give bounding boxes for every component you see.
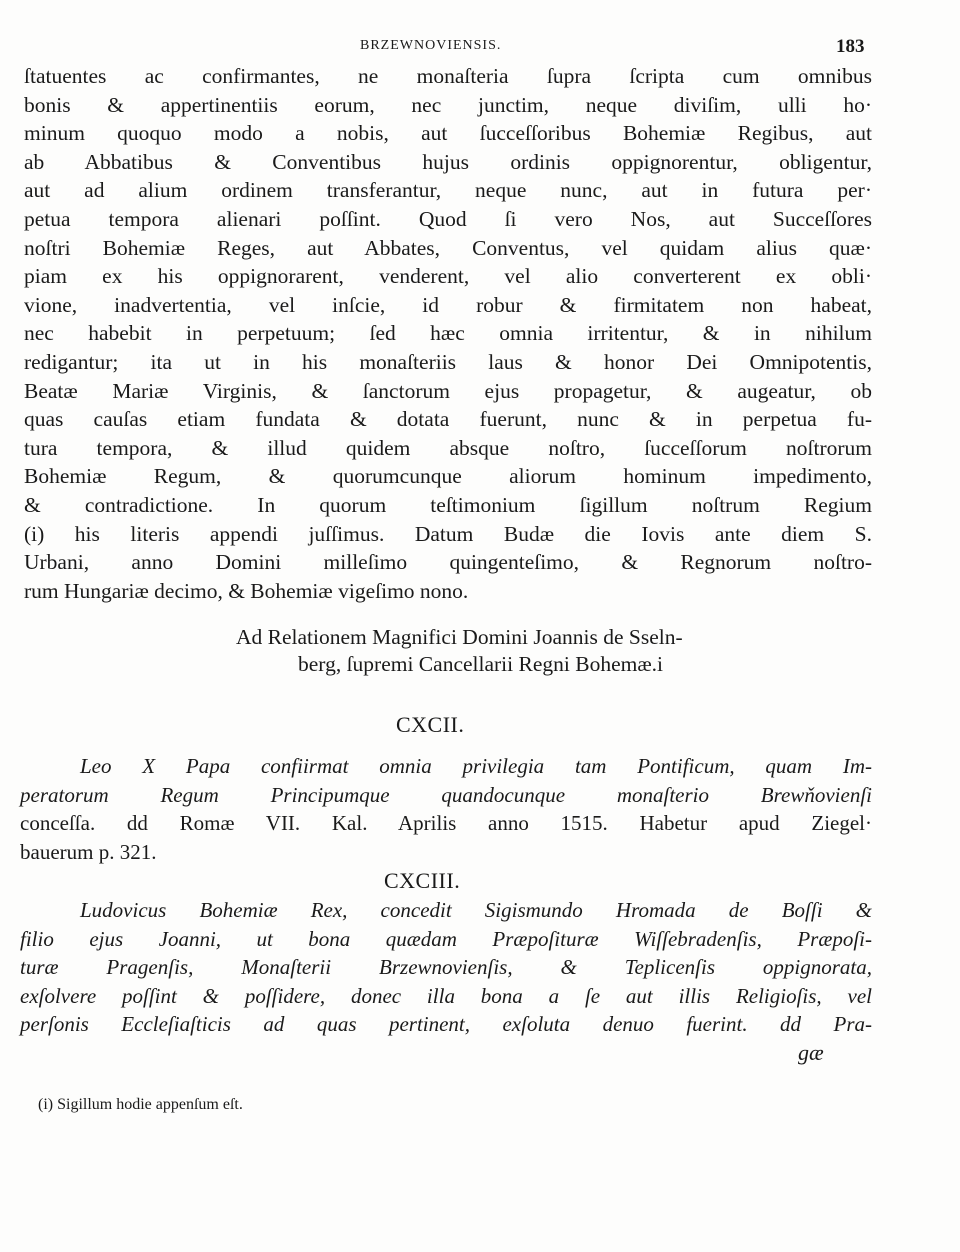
running-title: BRZEWNOVIENSIS. xyxy=(360,38,501,54)
document-number-cxcii: CXCII. xyxy=(396,712,464,738)
text-line: Urbani, anno Domini milleſimo quingenteſ… xyxy=(24,548,872,577)
text-line: redigantur; ita ut in his monaſteriis la… xyxy=(24,348,872,377)
summary-line: filio ejus Joanni, ut bona quædam Præpoſ… xyxy=(20,925,872,954)
charter-text: ſtatuentes ac confirmantes, ne monaſteri… xyxy=(24,62,872,605)
page-number: 183 xyxy=(836,36,865,58)
summary-line: peratorum Regum Principumque quandocunqu… xyxy=(20,781,872,810)
book-page: BRZEWNOVIENSIS. 183 ſtatuentes ac confir… xyxy=(0,0,960,1252)
summary-line: turæ Pragenſis, Monaſterii Brzewnovienſi… xyxy=(20,953,872,982)
text-line: minum quoquo modo a nobis, aut ſucceſſor… xyxy=(24,119,872,148)
text-line: petua tempora alienari poſſint. Quod ſi … xyxy=(24,205,872,234)
text-line: rum Hungariæ decimo, & Bohemiæ vigeſimo … xyxy=(24,577,872,606)
text-line: (i) his literis appendi juſſimus. Datum … xyxy=(24,520,872,549)
relation-line-2: berg, ſupremi Cancellarii Regni Bohemæ.i xyxy=(236,651,683,678)
text-line: vione, inadvertentia, vel inſcie, id rob… xyxy=(24,291,872,320)
text-line: aut ad alium ordinem transferantur, nequ… xyxy=(24,176,872,205)
running-head: BRZEWNOVIENSIS. 183 xyxy=(0,38,960,62)
text-line: ab Abbatibus & Conventibus hujus ordinis… xyxy=(24,148,872,177)
text-line: bonis & appertinentiis eorum, nec juncti… xyxy=(24,91,872,120)
text-line: ſtatuentes ac confirmantes, ne monaſteri… xyxy=(24,62,872,91)
document-number-cxciii: CXCIII. xyxy=(384,868,460,894)
text-line: noſtri Bohemiæ Reges, aut Abbates, Conve… xyxy=(24,234,872,263)
document-summary-cxcii: Leo X Papa confiirmat omnia privilegia t… xyxy=(20,752,872,866)
relation-line-1: Ad Relationem Magnifici Domini Joannis d… xyxy=(236,625,683,649)
text-line: piam ex his oppignorarent, venderent, ve… xyxy=(24,262,872,291)
summary-line: Leo X Papa confiirmat omnia privilegia t… xyxy=(20,752,872,781)
text-line: quas cauſas etiam fundata & dotata fueru… xyxy=(24,405,872,434)
catchword: gæ xyxy=(798,1040,824,1066)
summary-line: exſolvere poſſint & poſſidere, donec ill… xyxy=(20,982,872,1011)
text-line: Beatæ Mariæ Virginis, & ſanctorum ejus p… xyxy=(24,377,872,406)
relation-note: Ad Relationem Magnifici Domini Joannis d… xyxy=(236,624,683,678)
summary-line: conceſſa. dd Romæ VII. Kal. Aprilis anno… xyxy=(20,809,872,838)
summary-line: Ludovicus Bohemiæ Rex, concedit Sigismun… xyxy=(20,896,872,925)
text-line: Bohemiæ Regum, & quorumcunque aliorum ho… xyxy=(24,462,872,491)
summary-line: perſonis Eccleſiaſticis ad quas pertinen… xyxy=(20,1010,872,1039)
footnote: (i) Sigillum hodie appenſum eſt. xyxy=(38,1096,243,1114)
text-line: & contradictione. In quorum teſtimonium … xyxy=(24,491,872,520)
text-line: nec habebit in perpetuum; ſed hæc omnia … xyxy=(24,319,872,348)
summary-line: bauerum p. 321. xyxy=(20,838,872,867)
text-line: tura tempora, & illud quidem absque noſt… xyxy=(24,434,872,463)
document-summary-cxciii: Ludovicus Bohemiæ Rex, concedit Sigismun… xyxy=(20,896,872,1039)
